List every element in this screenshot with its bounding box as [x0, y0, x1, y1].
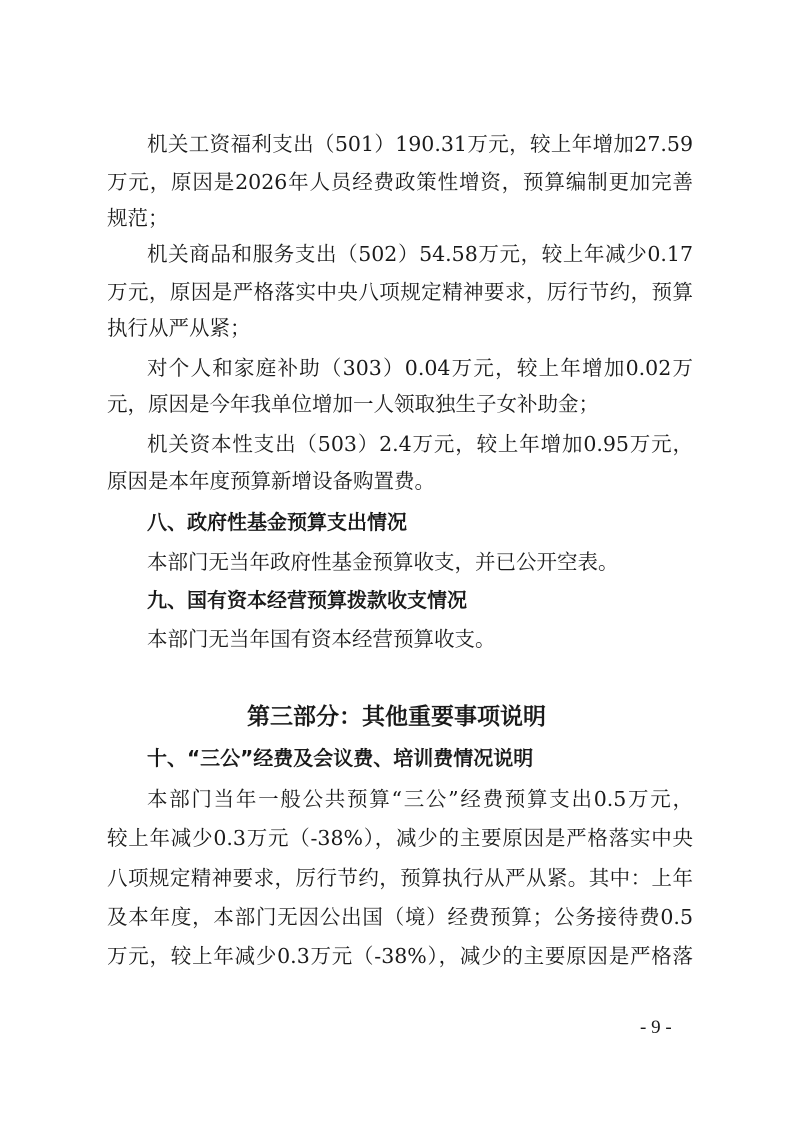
paragraph-303-line-1: 对个人和家庭补助（303）0.04万元，较上年增加0.02万	[147, 354, 693, 382]
section-10-heading: 十、“三公”经费及会议费、培训费情况说明	[147, 744, 533, 772]
paragraph-303-line-2: 元，原因是今年我单位增加一人领取独生子女补助金；	[107, 390, 693, 418]
section-10-line-3: 八项规定精神要求，厉行节约，预算执行从严从紧。其中：上年	[107, 864, 693, 892]
paragraph-502-line-1: 机关商品和服务支出（502）54.58万元，较上年减少0.17	[147, 240, 693, 268]
section-10-line-4: 及本年度，本部门无因公出国（境）经费预算；公务接待费0.5	[107, 903, 693, 931]
section-9-text: 本部门无当年国有资本经营预算收支。	[147, 625, 496, 653]
section-10-line-1: 本部门当年一般公共预算“三公”经费预算支出0.5万元，	[147, 785, 693, 813]
section-8-heading: 八、政府性基金预算支出情况	[147, 508, 407, 536]
paragraph-502-line-2: 万元，原因是严格落实中央八项规定精神要求，厉行节约，预算	[107, 278, 693, 306]
section-9-heading: 九、国有资本经营预算拨款收支情况	[147, 586, 467, 614]
paragraph-501-line-2: 万元，原因是2026年人员经费政策性增资，预算编制更加完善	[107, 168, 693, 196]
paragraph-501-line-3: 规范；	[107, 204, 693, 232]
page-number: - 9 -	[640, 1016, 672, 1040]
paragraph-501-line-1: 机关工资福利支出（501）190.31万元，较上年增加27.59	[147, 130, 693, 158]
paragraph-503-line-2: 原因是本年度预算新增设备购置费。	[107, 467, 693, 495]
part-three-title: 第三部分：其他重要事项说明	[0, 702, 793, 732]
paragraph-502-line-3: 执行从严从紧；	[107, 314, 693, 342]
paragraph-503-line-1: 机关资本性支出（503）2.4万元，较上年增加0.95万元，	[147, 430, 693, 458]
section-10-line-2: 较上年减少0.3万元（-38%），减少的主要原因是严格落实中央	[107, 824, 693, 852]
section-8-text: 本部门无当年政府性基金预算收支，并已公开空表。	[147, 548, 619, 576]
section-10-line-5: 万元，较上年减少0.3万元（-38%），减少的主要原因是严格落	[107, 942, 693, 970]
document-page: 机关工资福利支出（501）190.31万元，较上年增加27.59 万元，原因是2…	[0, 0, 793, 1122]
